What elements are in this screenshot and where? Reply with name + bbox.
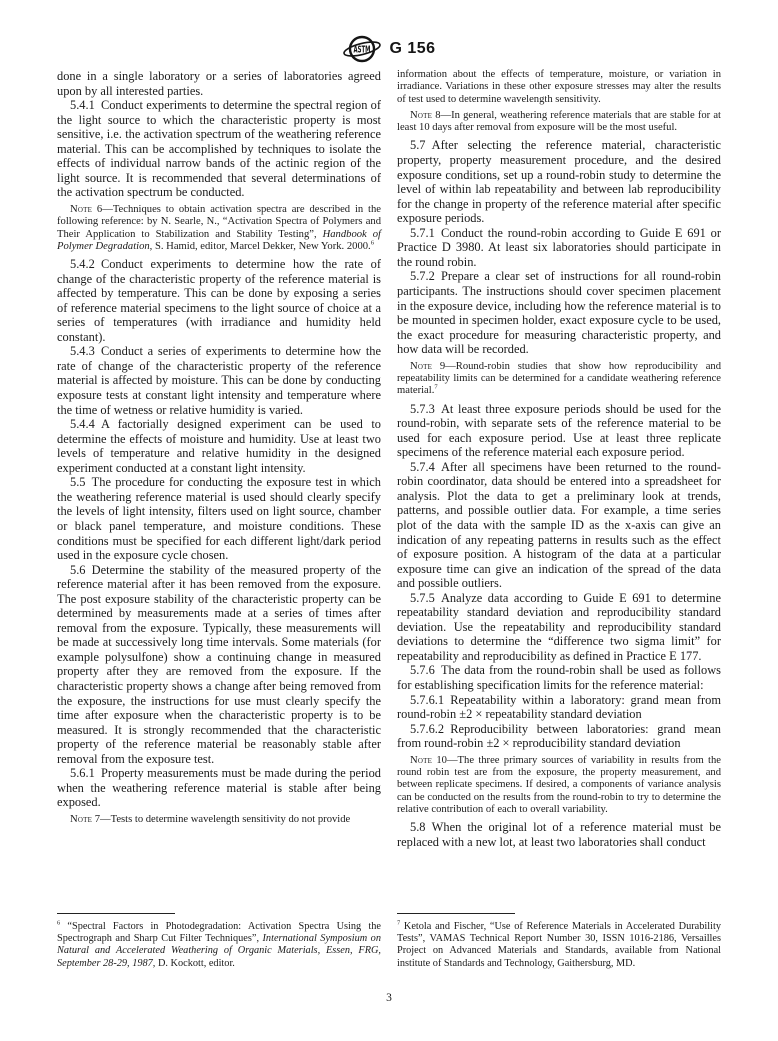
- note-paragraph: information about the effects of tempera…: [397, 69, 721, 106]
- body-paragraph: 5.4.3 Conduct a series of experiments to…: [57, 344, 381, 417]
- page-header: ASTM G 156: [0, 34, 778, 64]
- body-paragraph: 5.6.1 Property measurements must be made…: [57, 766, 381, 810]
- footnote-text: 7 Ketola and Fischer, “Use of Reference …: [397, 921, 721, 970]
- footnote-6: 6 “Spectral Factors in Photodegradation:…: [57, 913, 381, 970]
- body-paragraph: 5.5 The procedure for conducting the exp…: [57, 475, 381, 562]
- left-column: done in a single laboratory or a series …: [57, 69, 381, 849]
- right-column: information about the effects of tempera…: [397, 69, 721, 849]
- body-paragraph: 5.7 After selecting the reference materi…: [397, 138, 721, 225]
- body-paragraph: 5.7.6.1 Repeatability within a laborator…: [397, 693, 721, 722]
- body-paragraph: 5.7.4 After all specimens have been retu…: [397, 460, 721, 591]
- body-paragraph: 5.7.1 Conduct the round-robin according …: [397, 226, 721, 270]
- body-paragraph: 5.4.4 A factorially designed experiment …: [57, 417, 381, 475]
- body-paragraph: 5.7.6.2 Reproducibility between laborato…: [397, 722, 721, 751]
- body-paragraph: 5.7.5 Analyze data according to Guide E …: [397, 591, 721, 664]
- document-code: G 156: [389, 40, 435, 58]
- footnote-7: 7 Ketola and Fischer, “Use of Reference …: [397, 913, 721, 970]
- note-paragraph: Note 10—The three primary sources of var…: [397, 755, 721, 816]
- footnote-rule: [397, 913, 515, 914]
- astm-logo-text: ASTM: [354, 45, 371, 56]
- astm-logo-icon: ASTM: [342, 34, 382, 64]
- note-paragraph: Note 9—Round-robin studies that show how…: [397, 361, 721, 398]
- body-paragraph: 5.8 When the original lot of a reference…: [397, 820, 721, 849]
- footnote-rule: [57, 913, 175, 914]
- note-paragraph: Note 7—Tests to determine wavelength sen…: [57, 814, 381, 826]
- note-paragraph: Note 8—In general, weathering reference …: [397, 110, 721, 135]
- body-paragraph: done in a single laboratory or a series …: [57, 69, 381, 98]
- text-columns: done in a single laboratory or a series …: [57, 69, 721, 849]
- footnote-text: 6 “Spectral Factors in Photodegradation:…: [57, 921, 381, 970]
- body-paragraph: 5.6 Determine the stability of the measu…: [57, 563, 381, 767]
- body-paragraph: 5.4.2 Conduct experiments to determine h…: [57, 257, 381, 344]
- body-paragraph: 5.7.3 At least three exposure periods sh…: [397, 402, 721, 460]
- body-paragraph: 5.7.2 Prepare a clear set of instruction…: [397, 269, 721, 356]
- note-paragraph: Note 6—Techniques to obtain activation s…: [57, 204, 381, 253]
- body-paragraph: 5.7.6 The data from the round-robin shal…: [397, 663, 721, 692]
- page-number: 3: [0, 992, 778, 1004]
- body-paragraph: 5.4.1 Conduct experiments to determine t…: [57, 98, 381, 200]
